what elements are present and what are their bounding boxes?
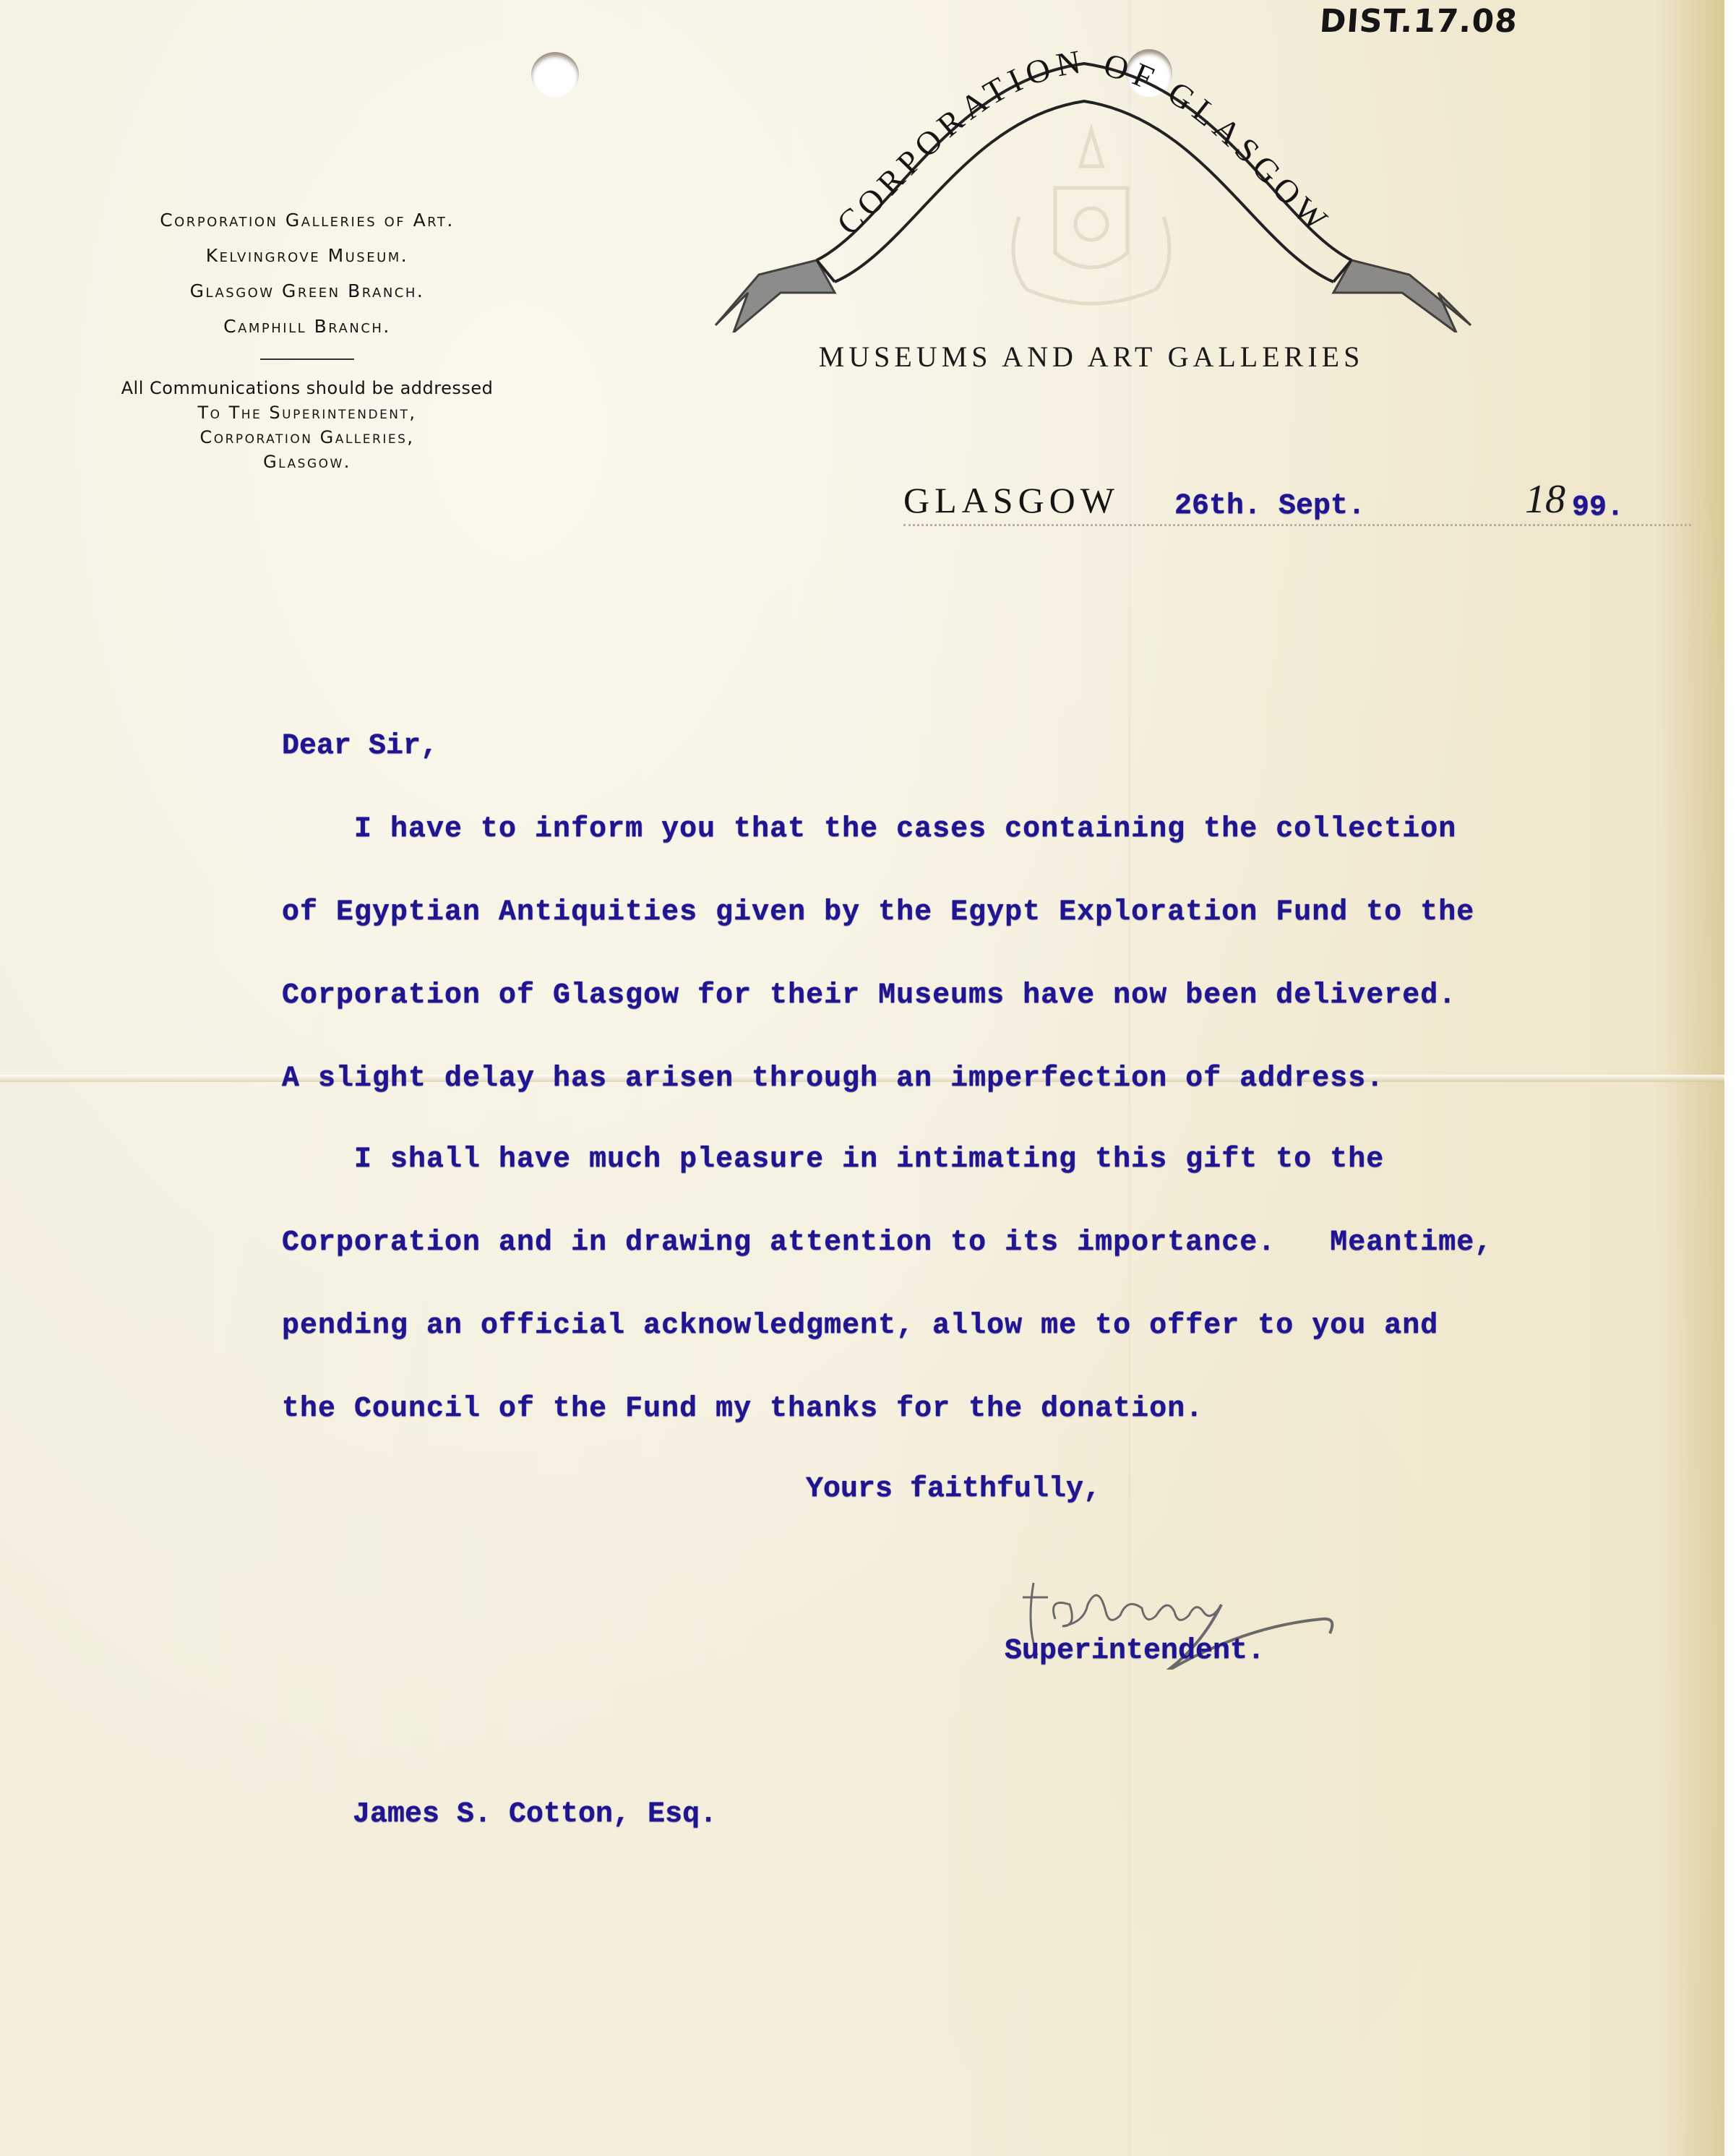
- address-note-line: Glasgow.: [72, 451, 542, 473]
- dateline-place: Glasgow: [903, 479, 1120, 521]
- institution-line: Glasgow Green Branch.: [72, 273, 542, 309]
- body-line: Corporation of Glasgow for their Museums…: [282, 979, 1456, 1012]
- salutation: Dear Sir,: [282, 730, 1727, 763]
- address-note-line: To The Superintendent,: [72, 402, 542, 424]
- recipient-name: James S. Cotton, Esq.: [353, 1798, 717, 1831]
- closing: Yours faithfully,: [806, 1473, 1101, 1506]
- crest-banner: CORPORATION OF GLASGOW: [679, 43, 1503, 332]
- dateline-year: 99.: [1572, 491, 1624, 524]
- divider-rule: [260, 358, 354, 360]
- letterhead-left-block: Corporation Galleries of Art. Kelvingrov…: [72, 202, 542, 476]
- address-note-line: Corporation Galleries,: [72, 426, 542, 448]
- institution-line: Kelvingrove Museum.: [72, 238, 542, 273]
- institution-line: Camphill Branch.: [72, 309, 542, 344]
- body-line: A slight delay has arisen through an imp…: [282, 1062, 1384, 1095]
- institution-line: Corporation Galleries of Art.: [72, 202, 542, 238]
- dateline-day-month: 26th. Sept.: [1174, 490, 1365, 523]
- dateline-century-handwritten: 18: [1525, 476, 1565, 523]
- body-line: Corporation and in drawing attention to …: [282, 1227, 1492, 1259]
- letter-paper: DIST.17.08 Corporation Galleries of Art.…: [0, 0, 1724, 2156]
- dateline: Glasgow 26th. Sept. 18 99.: [903, 481, 1691, 526]
- letter-body: Dear Sir,: [282, 730, 1727, 763]
- archive-reference-number: DIST.17.08: [1318, 3, 1518, 40]
- body-line: I have to inform you that the cases cont…: [282, 813, 1456, 846]
- body-line: I shall have much pleasure in intimating…: [282, 1143, 1384, 1176]
- punch-hole-left: [531, 52, 579, 97]
- signatory-title: Superintendent.: [1005, 1635, 1265, 1667]
- body-line: of Egyptian Antiquities given by the Egy…: [282, 896, 1474, 929]
- svg-text:CORPORATION OF GLASGOW: CORPORATION OF GLASGOW: [830, 43, 1338, 242]
- department-title: MUSEUMS AND ART GALLERIES: [679, 340, 1503, 374]
- address-note-line: All Communications should be addressed: [72, 377, 542, 399]
- body-line: the Council of the Fund my thanks for th…: [282, 1393, 1203, 1425]
- coat-of-arms-icon: CORPORATION OF GLASGOW: [679, 43, 1503, 332]
- body-line: pending an official acknowledgment, allo…: [282, 1310, 1438, 1342]
